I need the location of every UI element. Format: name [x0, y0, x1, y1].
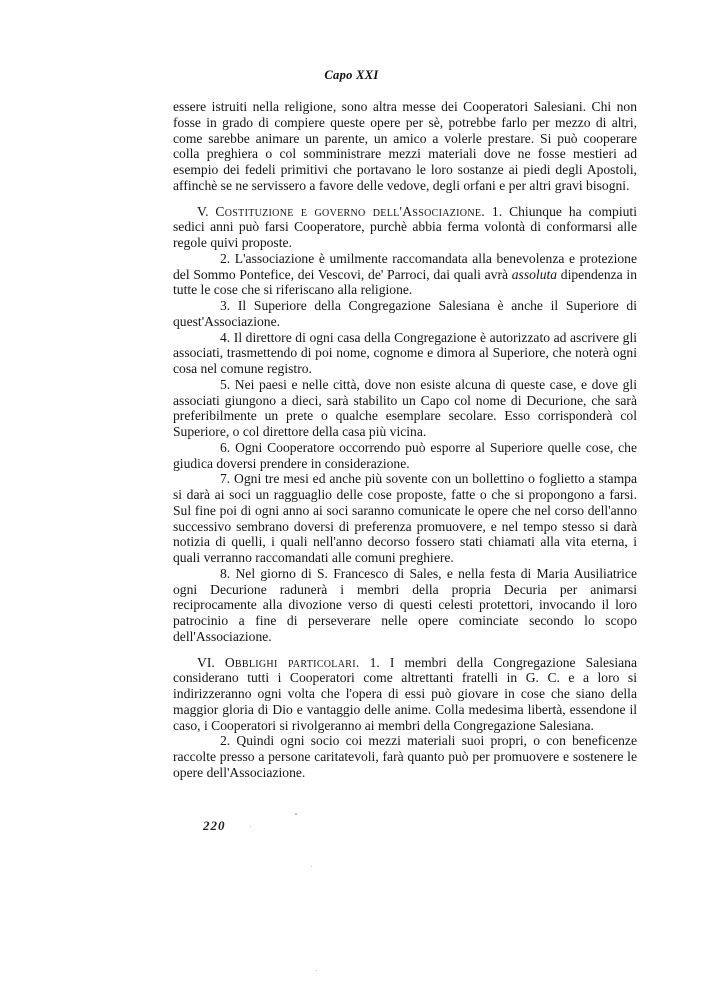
section-v-item-6: 6. Ogni Cooperatore occorrendo può espor…	[173, 440, 637, 472]
item-number: 2.	[220, 733, 230, 748]
page-body: essere istruiti nella religione, sono al…	[173, 99, 637, 781]
scan-speck	[316, 970, 317, 971]
item-number: 4.	[220, 330, 230, 345]
item-number: 3.	[220, 298, 230, 313]
page-number: 220	[203, 818, 226, 834]
running-head: Capo XXI	[0, 68, 703, 83]
section-vi-item-1: VI. Obblighi particolari. 1. I membri de…	[173, 655, 637, 734]
section-v-item-7: 7. Ogni tre mesi ed anche più sovente co…	[173, 471, 637, 566]
scanned-book-page: Capo XXI essere istruiti nella religione…	[0, 0, 703, 982]
section-v-item-1: V. Costituzione e governo dell'Associazi…	[173, 204, 637, 251]
section-number: VI.	[197, 655, 215, 670]
item-text: Nel giorno di S. Francesco di Sales, e n…	[173, 566, 637, 644]
item-text: Nei paesi e nelle città, dove non esiste…	[173, 377, 637, 439]
item-number: 1.	[370, 655, 380, 670]
item-text: Il direttore di ogni casa della Congrega…	[173, 330, 637, 377]
item-number: 5.	[220, 377, 230, 392]
item-number: 6.	[220, 440, 230, 455]
section-vi-item-2: 2. Quindi ogni socio coi mezzi materiali…	[173, 733, 637, 780]
item-text: Il Superiore della Congregazione Salesia…	[173, 298, 637, 329]
section-title: Obblighi particolari.	[225, 655, 360, 670]
scan-speck	[295, 813, 297, 815]
section-number: V.	[197, 204, 208, 219]
scan-speck	[311, 866, 312, 867]
scan-speck	[250, 826, 251, 827]
section-v-item-4: 4. Il direttore di ogni casa della Congr…	[173, 330, 637, 377]
item-number: 1.	[492, 204, 502, 219]
item-text: Ogni Cooperatore occorrendo può esporre …	[173, 440, 637, 471]
section-v-item-8: 8. Nel giorno di S. Francesco di Sales, …	[173, 566, 637, 645]
section-title: Costituzione e governo dell'Associazione…	[215, 204, 485, 219]
item-emphasis: assoluta	[512, 267, 557, 282]
item-number: 2.	[220, 251, 230, 266]
item-text: Ogni tre mesi ed anche più sovente con u…	[173, 471, 637, 565]
section-v-item-2: 2. L'associazione è umilmente raccomanda…	[173, 251, 637, 298]
item-number: 7.	[220, 471, 230, 486]
section-v-item-3: 3. Il Superiore della Congregazione Sale…	[173, 298, 637, 330]
item-number: 8.	[220, 566, 230, 581]
item-text: Quindi ogni socio coi mezzi materiali su…	[173, 733, 637, 780]
intro-paragraph: essere istruiti nella religione, sono al…	[173, 99, 637, 194]
section-v-item-5: 5. Nei paesi e nelle città, dove non esi…	[173, 377, 637, 440]
